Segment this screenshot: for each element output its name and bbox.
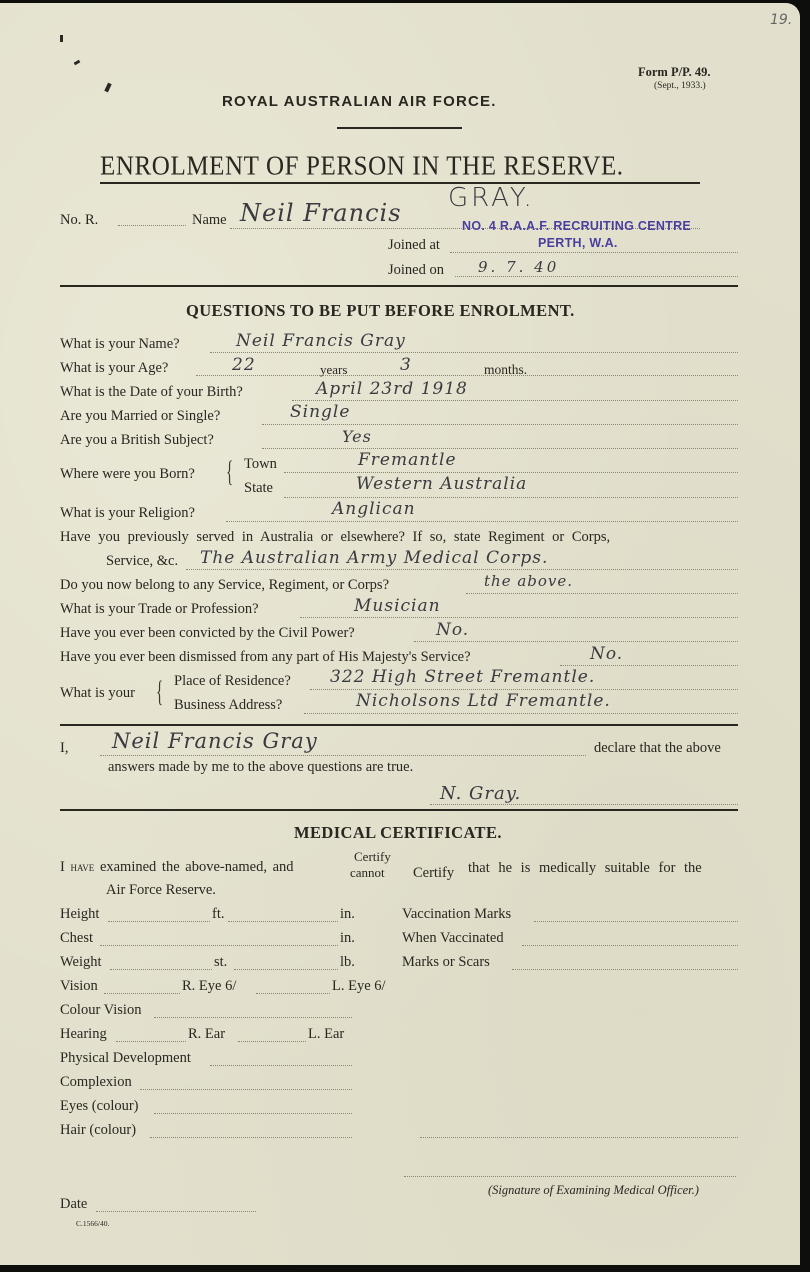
officer-signature-field[interactable] (404, 1176, 736, 1177)
joined-on-field[interactable] (455, 276, 738, 277)
q-town-value: Fremantle (358, 450, 457, 470)
q-belong-field[interactable] (466, 593, 738, 594)
q-state-label: State (244, 480, 273, 497)
colour-vision-label: Colour Vision (60, 1002, 141, 1019)
joined-at-field[interactable] (450, 252, 738, 253)
q-state-field[interactable] (284, 497, 738, 498)
name-value: Neil Francis (240, 199, 402, 227)
in-label: in. (340, 906, 355, 923)
l-eye-label: L. Eye 6/ (332, 978, 386, 995)
r-ear-label: R. Ear (188, 1026, 225, 1043)
intro-line-2: Air Force Reserve. (106, 882, 216, 899)
q-age-field[interactable] (196, 375, 738, 376)
hair-colour-label: Hair (colour) (60, 1122, 136, 1139)
declaration-name-value: Neil Francis Gray (112, 729, 318, 753)
name-label: Name (192, 212, 227, 229)
joined-on-value: 9. 7. 40 (478, 258, 559, 276)
height-label: Height (60, 906, 99, 923)
q-religion-label: What is your Religion? (60, 505, 195, 522)
weight-st-field[interactable] (110, 969, 212, 970)
certify-option-mid: Certify (413, 865, 454, 882)
surname-value: GRAY. (448, 183, 535, 213)
height-in-field[interactable] (228, 921, 338, 922)
joined-on-label: Joined on (388, 262, 444, 279)
complexion-label: Complexion (60, 1074, 132, 1091)
ink-mark (104, 83, 111, 93)
q-served-value: The Australian Army Medical Corps. (200, 548, 548, 568)
q-trade-value: Musician (354, 596, 441, 616)
document-page: 19. Form P/P. 49. (Sept., 1933.) ROYAL A… (0, 3, 800, 1265)
when-vaccinated-field[interactable] (522, 945, 738, 946)
chest-in-label: in. (340, 930, 355, 947)
q-marital-label: Are you Married or Single? (60, 408, 220, 425)
q-dismissed-field[interactable] (560, 665, 738, 666)
q-dismissed-value: No. (590, 644, 623, 664)
intro-end: that he is medically suitable for the (468, 860, 702, 877)
intro-i: I (60, 859, 65, 875)
title-underline (100, 182, 700, 184)
intro-text: examined the above-named, and (100, 859, 294, 875)
signature-field[interactable] (430, 804, 738, 805)
header-divider (337, 127, 462, 129)
declaration-text-1: declare that the above (594, 740, 721, 757)
no-r-field[interactable] (118, 225, 186, 226)
q-dob-label: What is the Date of your Birth? (60, 384, 243, 401)
q-dob-field[interactable] (292, 400, 738, 401)
page-number: 19. (770, 12, 792, 28)
lb-label: lb. (340, 954, 355, 971)
chest-field[interactable] (100, 945, 338, 946)
q-convicted-value: No. (436, 620, 469, 640)
intro-have: have (70, 859, 94, 874)
q-marital-value: Single (290, 402, 350, 422)
questions-heading: QUESTIONS TO BE PUT BEFORE ENROLMENT. (186, 301, 575, 321)
q-age-label: What is your Age? (60, 360, 168, 377)
medical-heading: MEDICAL CERTIFICATE. (294, 823, 502, 843)
st-label: st. (214, 954, 227, 971)
q-trade-label: What is your Trade or Profession? (60, 601, 259, 618)
l-ear-label: L. Ear (308, 1026, 344, 1043)
certify-option-top[interactable]: Certify (354, 849, 391, 865)
organisation-title: ROYAL AUSTRALIAN AIR FORCE. (222, 93, 497, 110)
date-field[interactable] (96, 1211, 256, 1212)
colour-vision-field[interactable] (154, 1017, 352, 1018)
q-british-field[interactable] (262, 448, 738, 449)
officer-signature-caption: (Signature of Examining Medical Officer.… (488, 1183, 699, 1198)
brace-icon: { (226, 457, 233, 487)
q-born-label: Where were you Born? (60, 466, 195, 483)
brace-icon: { (156, 677, 163, 707)
marks-scars-label: Marks or Scars (402, 954, 490, 971)
q-dob-value: April 23rd 1918 (316, 379, 468, 399)
certify-option-cannot[interactable]: cannot (350, 865, 385, 881)
joined-at-label: Joined at (388, 237, 440, 254)
date-label: Date (60, 1196, 87, 1213)
q-served-field[interactable] (186, 569, 738, 570)
q-served-label: Have you previously served in Australia … (60, 529, 610, 546)
q-belong-label: Do you now belong to any Service, Regime… (60, 577, 389, 594)
hair-colour-field[interactable] (150, 1137, 352, 1138)
q-name-field[interactable] (210, 352, 738, 353)
q-name-value: Neil Francis Gray (236, 331, 406, 351)
vision-field[interactable] (104, 993, 180, 994)
declaration-name-field[interactable] (100, 755, 586, 756)
form-edition: (Sept., 1933.) (654, 81, 706, 91)
q-dismissed-label: Have you ever been dismissed from any pa… (60, 649, 471, 666)
identity-divider (60, 285, 738, 287)
physical-field[interactable] (210, 1065, 352, 1066)
complexion-field[interactable] (140, 1089, 352, 1090)
eyes-colour-field[interactable] (154, 1113, 352, 1114)
q-age-months-value: 3 (400, 355, 412, 375)
ink-mark (60, 35, 63, 42)
vaccination-marks-label: Vaccination Marks (402, 906, 511, 923)
applicant-signature: N. Gray. (440, 783, 521, 804)
when-vaccinated-label: When Vaccinated (402, 930, 504, 947)
questions-divider (60, 724, 738, 726)
eyes-colour-label: Eyes (colour) (60, 1098, 139, 1115)
marks-scars-field[interactable] (512, 969, 738, 970)
r-eye-field[interactable] (256, 993, 330, 994)
declaration-i-label: I, (60, 740, 68, 757)
q-what-is-your-label: What is your (60, 685, 135, 702)
q-residence-field[interactable] (310, 689, 738, 690)
page-title: ENROLMENT OF PERSON IN THE RESERVE. (100, 152, 624, 182)
q-religion-value: Anglican (332, 499, 416, 519)
hair-colour-field-extension[interactable] (420, 1137, 738, 1138)
r-eye-label: R. Eye 6/ (182, 978, 236, 995)
q-british-label: Are you a British Subject? (60, 432, 214, 449)
q-name-label: What is your Name? (60, 336, 180, 353)
ink-mark (74, 60, 81, 66)
q-age-years-value: 22 (232, 355, 256, 375)
form-code: Form P/P. 49. (638, 65, 710, 80)
vaccination-marks-field[interactable] (534, 921, 738, 922)
q-convicted-label: Have you ever been convicted by the Civi… (60, 625, 355, 642)
recruiting-stamp-line1: NO. 4 R.A.A.F. RECRUITING CENTRE (462, 219, 691, 233)
q-business-field[interactable] (304, 713, 738, 714)
q-marital-field[interactable] (262, 424, 738, 425)
recruiting-stamp-line2: PERTH, W.A. (538, 236, 618, 250)
hearing-label: Hearing (60, 1026, 107, 1043)
weight-label: Weight (60, 954, 102, 971)
physical-label: Physical Development (60, 1050, 191, 1067)
q-residence-label: Place of Residence? (174, 673, 291, 690)
chest-label: Chest (60, 930, 93, 947)
q-town-label: Town (244, 456, 277, 473)
medical-intro: I have examined the above-named, and (60, 859, 294, 876)
no-r-label: No. R. (60, 212, 98, 229)
q-business-value: Nicholsons Ltd Fremantle. (356, 691, 611, 711)
ft-label: ft. (212, 906, 224, 923)
print-code: C.1566/40. (76, 1219, 109, 1228)
height-ft-field[interactable] (108, 921, 210, 922)
q-trade-field[interactable] (300, 617, 738, 618)
hearing-field[interactable] (116, 1041, 186, 1042)
q-business-label: Business Address? (174, 697, 282, 714)
q-town-field[interactable] (284, 472, 738, 473)
declaration-divider (60, 809, 738, 811)
q-state-value: Western Australia (356, 474, 527, 494)
q-served-label-2: Service, &c. (106, 553, 178, 570)
q-religion-field[interactable] (226, 521, 738, 522)
q-british-value: Yes (342, 427, 372, 446)
q-residence-value: 322 High Street Fremantle. (330, 667, 595, 687)
vision-label: Vision (60, 978, 98, 995)
weight-lb-field[interactable] (234, 969, 338, 970)
q-belong-value: the above. (484, 572, 573, 590)
declaration-text-2: answers made by me to the above question… (108, 759, 413, 776)
q-convicted-field[interactable] (414, 641, 738, 642)
r-ear-field[interactable] (238, 1041, 306, 1042)
